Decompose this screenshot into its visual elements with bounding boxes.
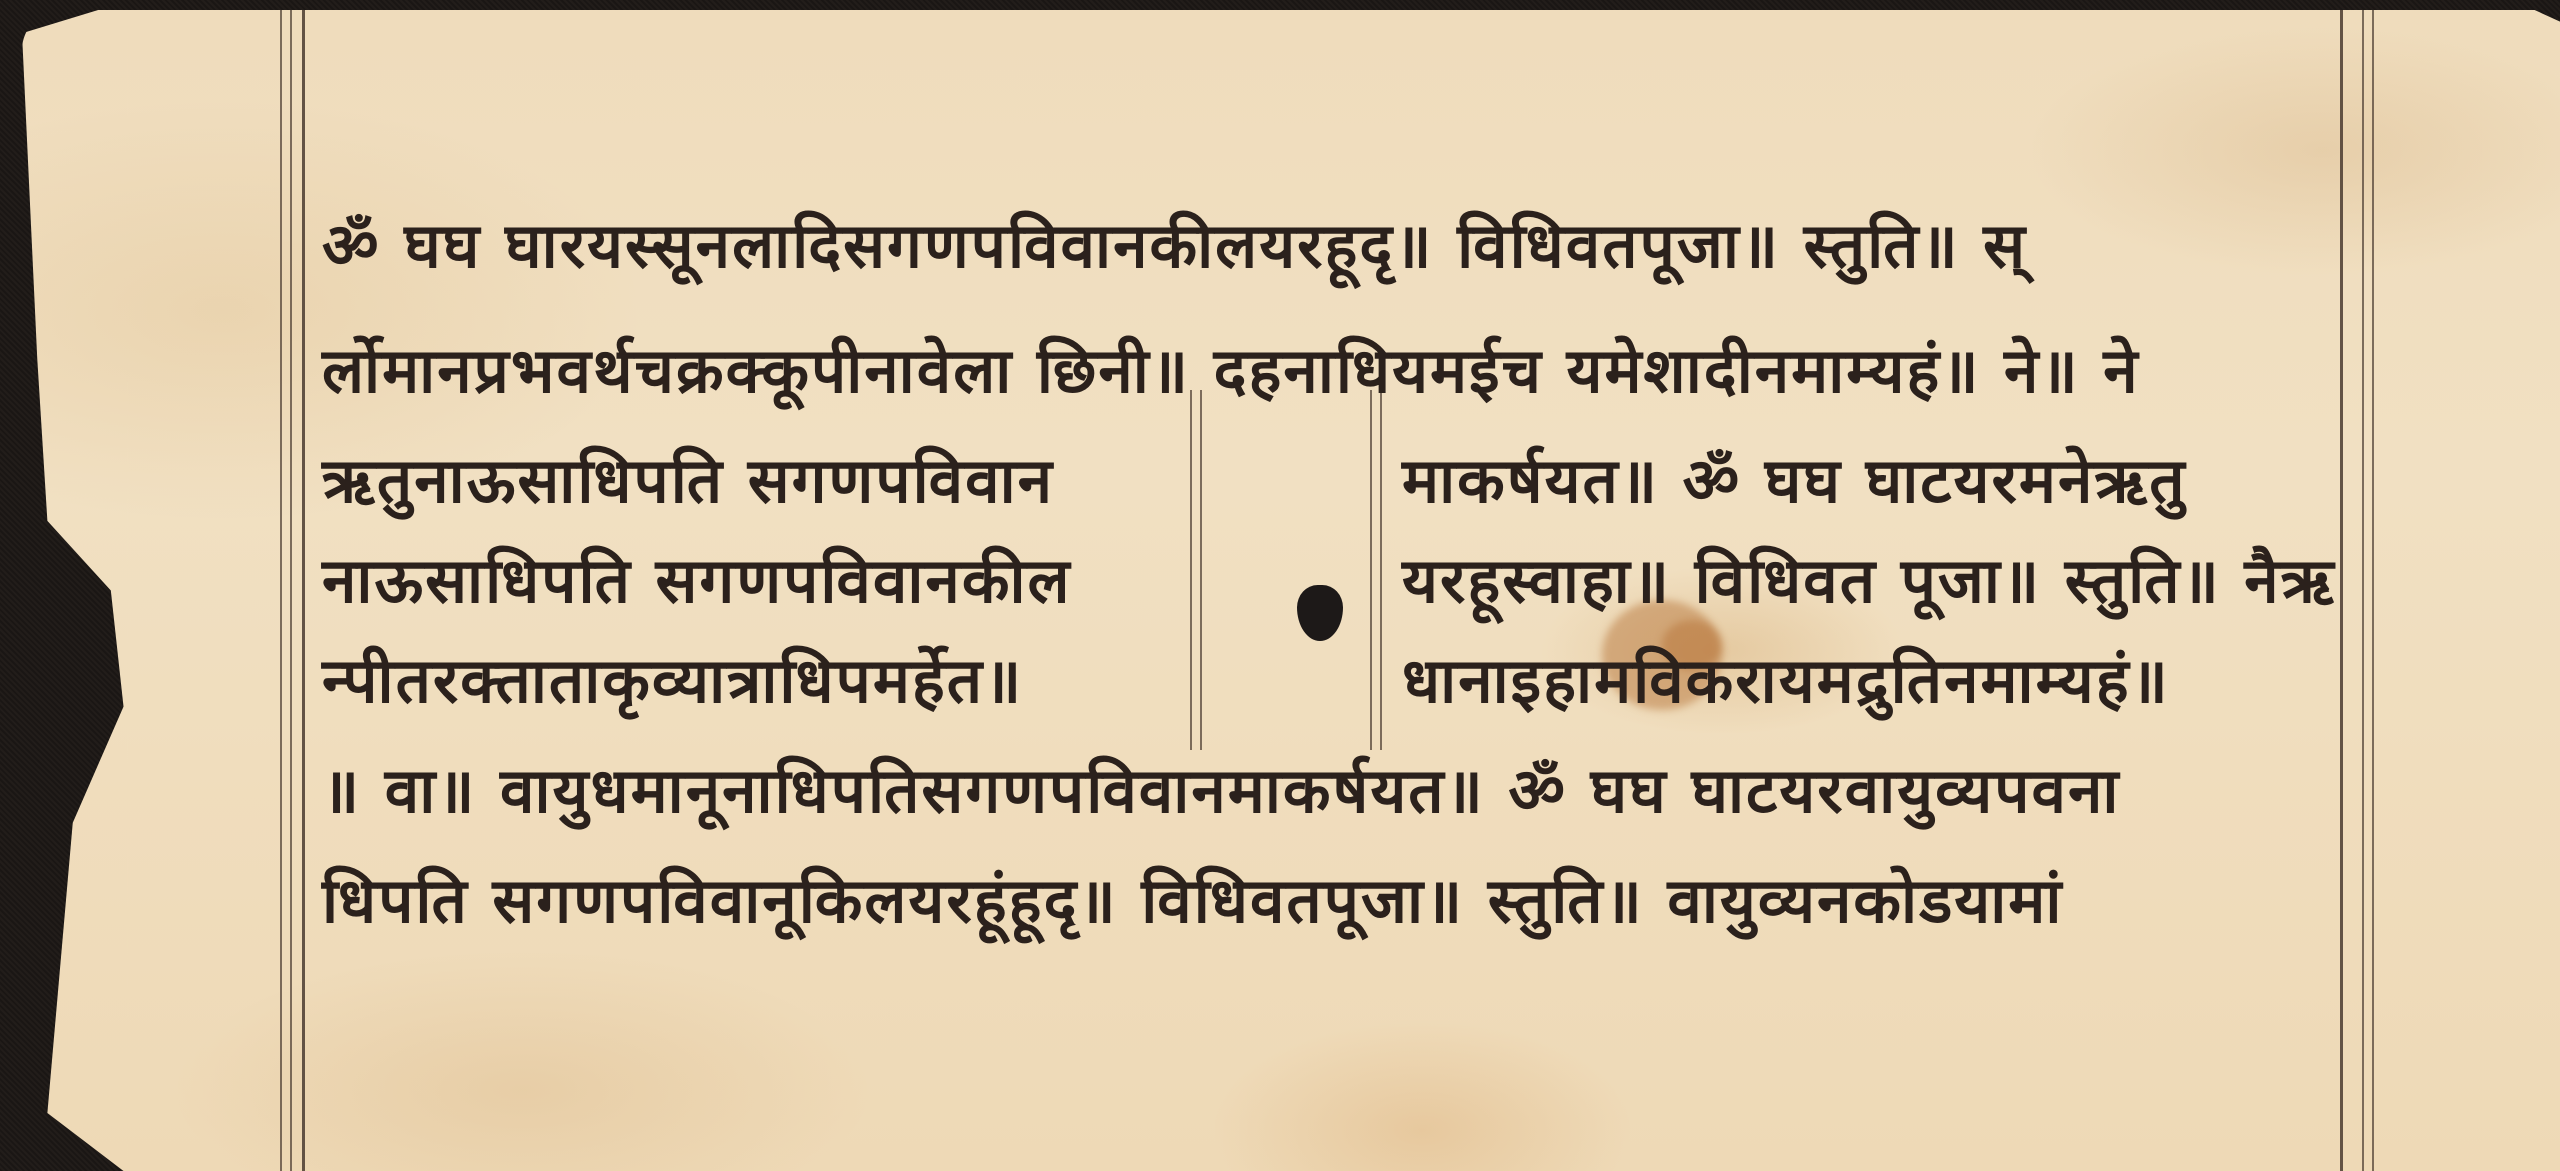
binding-hole [1297,585,1343,641]
right-block-line-3: धानाइहामविकरायमद्रुतिनमाम्यहं॥ [1402,650,2170,712]
right-margin-rule [2372,10,2374,1171]
manuscript-folio: ॐ घघ घारयस्सूनलादिसगणपविवानकीलयरहूदृ॥ वि… [22,10,2560,1171]
right-block-line-1: माकर्षयत॥ ॐ घघ घाटयरमनेऋतु [1402,450,2187,512]
left-block-line-1: ऋतुनाऊसाधिपति सगणपविवान [322,450,1054,512]
center-panel-rule [1200,390,1202,750]
left-margin-rule [280,10,282,1171]
text-line-2: र्लोमानप्रभवर्थचक्रक्कूपीनावेला छिनी॥ दह… [322,340,2140,402]
center-panel-rule [1380,390,1382,750]
text-line-10: धिपति सगणपविवानूकिलयरहूंहूदृ॥ विधिवतपूजा… [322,870,2063,932]
text-line-1: ॐ घघ घारयस्सूनलादिसगणपविवानकीलयरहूदृ॥ वि… [322,215,2027,277]
right-margin-rule [2340,10,2343,1171]
right-margin-rule [2362,10,2364,1171]
center-panel-rule [1190,390,1192,750]
text-line-9: ॥ वा॥ वायुधमानूनाधिपतिसगणपविवानमाकर्षयत॥… [322,760,2120,822]
left-margin-rule [302,10,305,1171]
left-margin-rule [290,10,292,1171]
left-block-line-3: न्पीतरक्ताताकृव्यात्राधिपमर्हेत॥ [322,650,1023,712]
right-block-line-2: यरहूस्वाहा॥ विधिवत पूजा॥ स्तुति॥ नैऋ [1402,550,2336,612]
left-block-line-2: नाऊसाधिपति सगणपविवानकील [322,550,1072,612]
center-panel-rule [1370,390,1372,750]
